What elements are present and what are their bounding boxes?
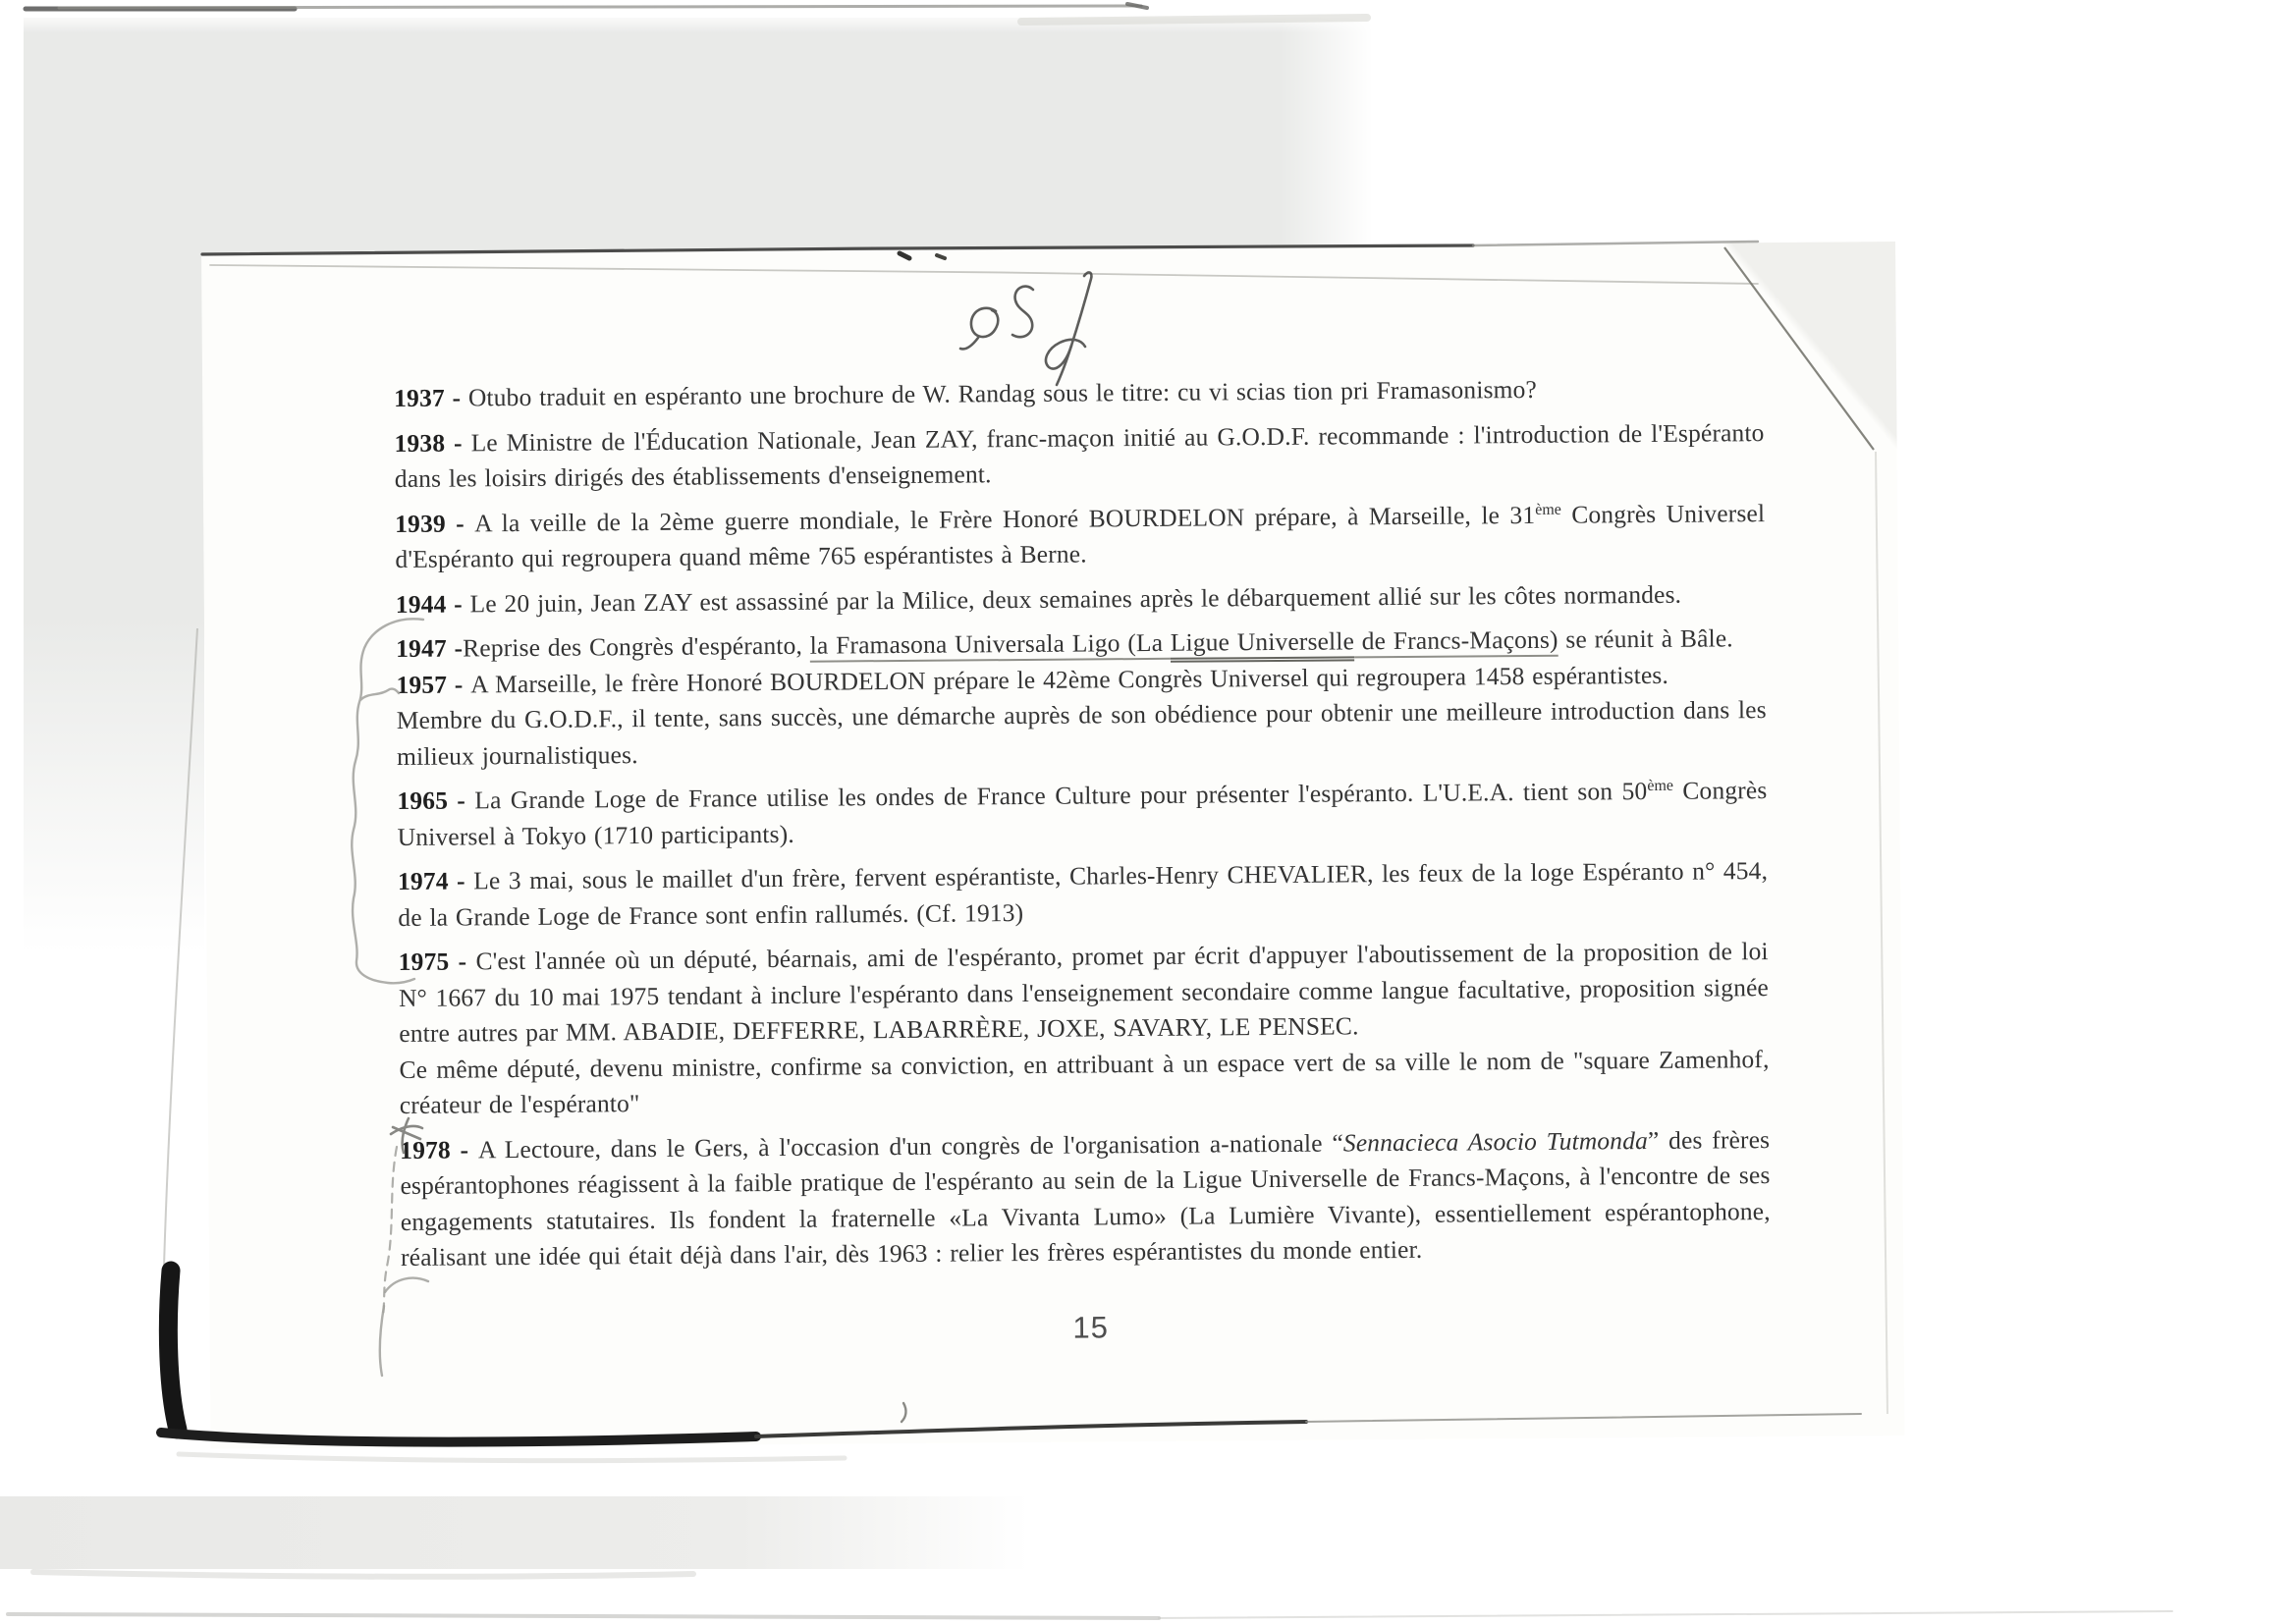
timeline-entry-1937: 1937 - Otubo traduit en espéranto une br… [394,370,1764,416]
text-block: 1937 - Otubo traduit en espéranto une br… [394,370,1771,1284]
timeline-entry-1974: 1974 - Le 3 mai, sous le maillet d'un fr… [398,853,1769,936]
entry-text-segment: Le 20 juin, Jean ZAY est assassiné par l… [469,579,1681,618]
entries-container: 1937 - Otubo traduit en espéranto une br… [394,370,1771,1275]
timeline-entry-1975: 1975 - C'est l'année où un député, béarn… [399,934,1770,1123]
entry-text-segment: 1978 - [400,1135,478,1164]
scanner-backdrop-left [24,253,204,952]
book-spine-edge [168,1271,178,1430]
entry-text-segment: A Lectoure, dans le Gers, à l'occasion d… [478,1128,1343,1164]
entry-text-segment: 1939 - [395,509,474,538]
entry-text-segment: A Marseille, le frère Honoré BOURDELON p… [470,660,1668,698]
entry-text-segment: Ce même député, devenu ministre, confirm… [399,1045,1769,1119]
scanner-backdrop-bottom [0,1496,1029,1569]
entry-text-segment: 1947 - [396,633,463,663]
scanner-backdrop-top [24,18,1371,259]
timeline-entry-1939: 1939 - A la veille de la 2ème guerre mon… [395,496,1766,578]
entry-text-segment: 1975 - [399,947,476,976]
top-scan-line [26,4,1147,9]
entry-text-segment: 1965 - [397,785,474,815]
entry-text-segment: 1944 - [396,589,470,619]
timeline-entry-1965: 1965 - La Grande Loge de France utilise … [397,773,1768,855]
entry-text-segment: Membre du G.O.D.F., il tente, sans succè… [397,695,1767,770]
timeline-entry-1938: 1938 - Le Ministre de l'Éducation Nation… [394,415,1765,498]
entry-text-segment: se réunit à Bâle. [1558,623,1732,653]
scanned-page-stage: 1937 - Otubo traduit en espéranto une br… [0,0,2296,1624]
entry-text-segment: Ligue Universelle [1171,626,1354,656]
entry-text-segment: la Framasona Universala Ligo (La [810,628,1171,660]
entry-text-segment: Sennacieca Asocio Tutmonda [1343,1126,1648,1157]
entry-text-segment: 1974 - [398,866,473,895]
entry-text-segment: A la veille de la 2ème guerre mondiale, … [474,500,1535,536]
entry-text-segment: de Francs-Maçons) [1354,625,1558,656]
book-page: 1937 - Otubo traduit en espéranto une br… [201,242,1904,1449]
entry-text-segment: Le 3 mai, sous le maillet d'un frère, fe… [398,856,1768,931]
entry-text-segment: La Grande Loge de France utilise les ond… [474,777,1647,814]
entry-text-segment: C'est l'année où un député, béarnais, am… [399,937,1769,1048]
entry-text-segment: 1937 - [394,383,468,412]
entry-text-segment: 1938 - [394,428,470,458]
entry-text-segment: Reprise des Congrès d'espéranto, [463,631,810,663]
entry-text-segment: ème [1647,778,1673,794]
page-number: 15 [1047,1310,1135,1346]
timeline-entry-1978: 1978 - A Lectoure, dans le Gers, à l'occ… [400,1122,1771,1276]
timeline-entry-1944: 1944 - Le 20 juin, Jean ZAY est assassin… [396,576,1766,623]
entry-text-segment: Otubo traduit en espéranto une brochure … [468,375,1537,412]
timeline-entry-1957: 1957 - A Marseille, le frère Honoré BOUR… [396,657,1767,775]
entry-text-segment: ème [1535,501,1561,517]
entry-text-segment: Le Ministre de l'Éducation Nationale, Je… [395,418,1765,493]
entry-text-segment: 1957 - [396,670,470,699]
